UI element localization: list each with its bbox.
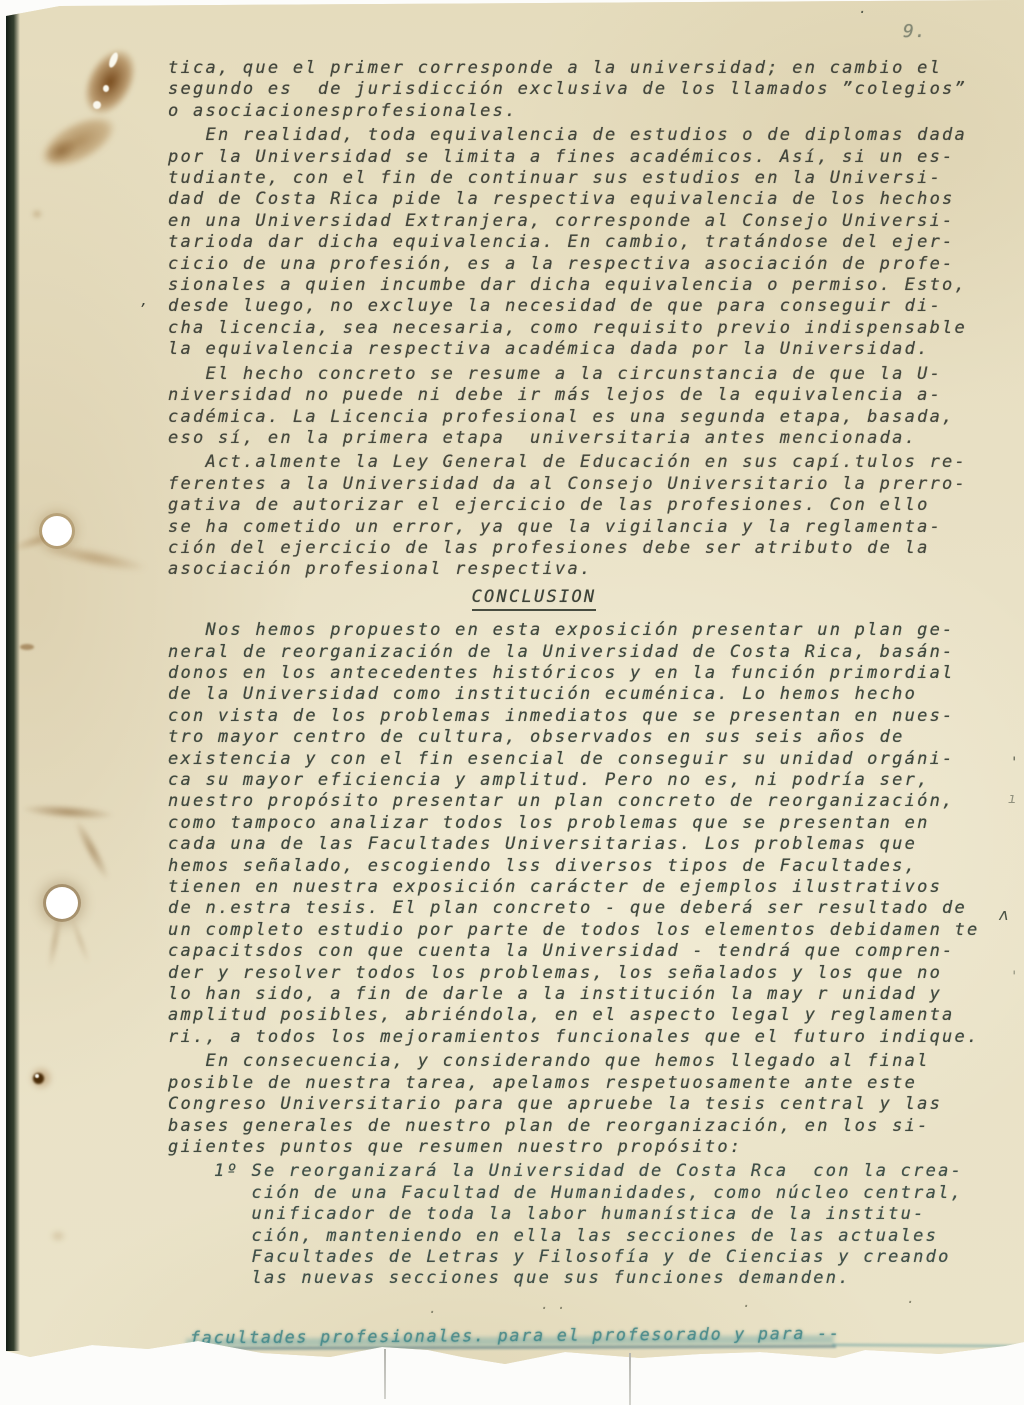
scanned-document-page: { "doc": { "page_number": "9.", "para1":… [0, 0, 1024, 1405]
ink-dot-mark: · · [540, 1302, 565, 1316]
ink-dot-mark: · [428, 1306, 436, 1320]
paragraph: Nos hemos propuesto en esta exposición p… [168, 620, 1024, 1048]
stain [66, 910, 94, 969]
stain-speck [103, 85, 109, 92]
ink-dot-mark: · [742, 1300, 750, 1314]
paragraph: En realidad, toda equivalencia de estudi… [168, 125, 1024, 360]
page-number: 9. [903, 22, 927, 42]
ink-dot-mark: · [906, 1296, 914, 1310]
paragraph: Act.almente la Ley General de Educación … [168, 452, 1024, 580]
backing-sheet-edge [384, 1349, 386, 1399]
backing-sheet-edge [629, 1353, 631, 1405]
paragraph: tica, que el primer corresponde a la uni… [168, 58, 1024, 122]
typewritten-text-block: tica, que el primer corresponde a la uni… [168, 58, 1024, 1293]
paper-sheet: 9. · , ' ı ʌ ' · · · · · tica, que el pr… [0, 0, 1024, 1405]
stain [30, 208, 44, 220]
punch-hole [42, 516, 72, 546]
stain [20, 644, 34, 650]
section-heading: CONCLUSION [168, 587, 900, 608]
stain [67, 811, 117, 888]
stain [48, 1228, 68, 1244]
stain-speck [35, 1074, 39, 1078]
paragraph: En consecuencia, y considerando que hemo… [168, 1051, 1024, 1158]
ink-dot-mark: · [858, 6, 866, 20]
ink-smear [832, 1343, 1020, 1347]
numbered-item: 1º Se reorganizará la Universidad de Cos… [214, 1161, 1024, 1289]
paragraph: El hecho concreto se resume a la circuns… [168, 364, 1024, 450]
ink-comma-mark: , [140, 294, 148, 308]
scan-left-edge-shadow [6, 10, 20, 1351]
stain [13, 800, 124, 824]
punch-hole [46, 887, 78, 919]
section-heading-text: CONCLUSION [472, 587, 597, 611]
stain-speck [93, 101, 101, 109]
